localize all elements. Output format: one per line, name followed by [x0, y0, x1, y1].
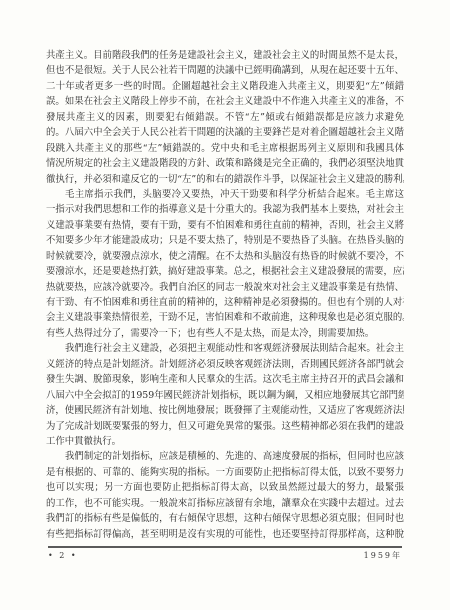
- text-line: 情況所規定的社会主义建設階段的方針、政策和路綫是完全正确的，我們必須堅決地貫: [46, 156, 404, 171]
- text-line: 义建設事業要有热情，要有干勁，要有不怕困难和勇往直前的精神，否則，社会主义將: [46, 218, 404, 233]
- paragraph-2: 毛主席指示我們，头脑要冷又要热，冲天干勁要和科学分析結合起來。毛主席这 一指示对…: [46, 187, 404, 341]
- text-line: 誤。如果在社会主义階段上停步不前，在社会主义建設中不作進入共產主义的准备，不: [46, 94, 404, 109]
- text-line: 二十年或者更多一些的时間。企圖超越社会主义階段進入共產主义，則要犯“左”傾錯: [46, 79, 404, 94]
- text-line: 要潑涼水，还是要趁热打鉄，搞好建設事業。总之，根据社会主义建設發展的需要，应該: [46, 264, 404, 279]
- footer-rule: [48, 546, 402, 548]
- text-line: 八屆六中全会拟訂的1959年國民經济計划指标，既以鋼为綱，又相应地發展其它部門經: [46, 388, 404, 403]
- text-line: 义經济的特点是計划經济。計划經济必須反映客观經济法則，否則國民經济各部門就会: [46, 357, 404, 372]
- text-line: 有些把指标訂得偏高，甚至明明是沒有实現的可能性，也还要堅持訂得那样高，这种脫: [46, 527, 404, 542]
- text-line: 也可以实現；另一方面也要防止把指标訂得太高，以致虽然經过最大的努力，最緊張: [46, 480, 404, 495]
- text-line: 不知要多少年才能建設成功；只是不要太热了，特别是不要热昏了头脑。在热昏头脑的: [46, 233, 404, 248]
- text-line: 徹执行，并必須和違反它的一切“左”的和右的錯誤作斗爭，以保証社会主义建設的勝利。: [46, 172, 404, 187]
- text-line: 發生失調、脫節現象，影响生產和人民羣众的生活。这次毛主席主持召开的武昌会議和: [46, 372, 404, 387]
- text-line: 热就要热，应該冷就要冷。我們自治区的同志一般說來对社会主义建設事業是有热情、: [46, 280, 404, 295]
- text-line: 的。八屆六中全会关于人民公社若干問題的決議的主要鋒芒是对着企圖超越社会主义階: [46, 125, 404, 140]
- text-line: 为了完成計划既要緊張的努力，但又可避免異常的緊張。这些精神都必須在我們的建設: [46, 419, 404, 434]
- text-line: 是有根据的、可靠的、能夠实現的指标。一方面要防止把指标訂得太低，以致不要努力: [46, 465, 404, 480]
- text-line: 济，使國民經济有計划地、按比例地發展；既發揮了主观能动性，又适应了客观經济法則；: [46, 403, 404, 418]
- text-line: 但也不是很短。关于人民公社若干問題的決議中已經明确講到，从現在起还要十五年、: [46, 63, 404, 78]
- text-line: 时候就要冷，就要潑点涼水，使之清醒。在不太热和头脑沒有热昏的时候就不要冷，不: [46, 249, 404, 264]
- text-line: 共產主义。目前階段我們的任务是建設社会主义，建設社会主义的时間虽然不是太長，: [46, 48, 404, 63]
- text-line: 会主义建設事業热情很差，干勁不足，害怕困难和不敢前進，这种現象也是必須克服的。: [46, 310, 404, 325]
- text-line: 我們制定的計划指标，应該是積極的、先進的、高速度發展的指标，但同时也应該: [46, 449, 404, 464]
- paragraph-3: 我們進行社会主义建設，必須把主观能动性和客观經济發展法則結合起來。社会主 义經济…: [46, 341, 404, 449]
- page-number: • 2 •: [48, 550, 78, 562]
- page-body: 共產主义。目前階段我們的任务是建設社会主义，建設社会主义的时間虽然不是太長， 但…: [46, 48, 404, 542]
- text-line: 毛主席指示我們，头脑要冷又要热，冲天干勁要和科学分析結合起來。毛主席这: [46, 187, 404, 202]
- text-line: 我們訂的指标有些是偏低的，有右傾保守思想，这种右傾保守思想必須克服；但同时也: [46, 511, 404, 526]
- text-line: 段跳入共產主义的那些“左”傾錯誤的。党中央和毛主席根据馬列主义原則和我國具体: [46, 141, 404, 156]
- text-line: 一指示对我們思想和工作的指導意义是十分重大的。我認为我們基本上要热，对社会主: [46, 202, 404, 217]
- text-line: 發展共產主义的因素，則要犯右傾錯誤。不管“左”傾或右傾錯誤都是应該力求避免: [46, 110, 404, 125]
- text-line: 我們進行社会主义建設，必須把主观能动性和客观經济發展法則結合起來。社会主: [46, 341, 404, 356]
- text-line: 工作中貫徹执行。: [46, 434, 404, 449]
- paragraph-4: 我們制定的計划指标，应該是積極的、先進的、高速度發展的指标，但同时也应該 是有根…: [46, 449, 404, 542]
- text-line: 有干勁、有不怕困难和勇往直前的精神的，这种精神是必須發揚的。但也有个别的人对社: [46, 295, 404, 310]
- text-line: 有些人热得过分了，需要冷一下；也有些人不是太热，而是太冷，則需要加热。: [46, 326, 404, 341]
- paragraph-1: 共產主义。目前階段我們的任务是建設社会主义，建設社会主义的时間虽然不是太長， 但…: [46, 48, 404, 187]
- text-line: 的工作，也不可能实現。一般說來訂指标应該留有余地，讓羣众在实踐中去超过。过去: [46, 496, 404, 511]
- publication-year: 1959年: [364, 550, 402, 562]
